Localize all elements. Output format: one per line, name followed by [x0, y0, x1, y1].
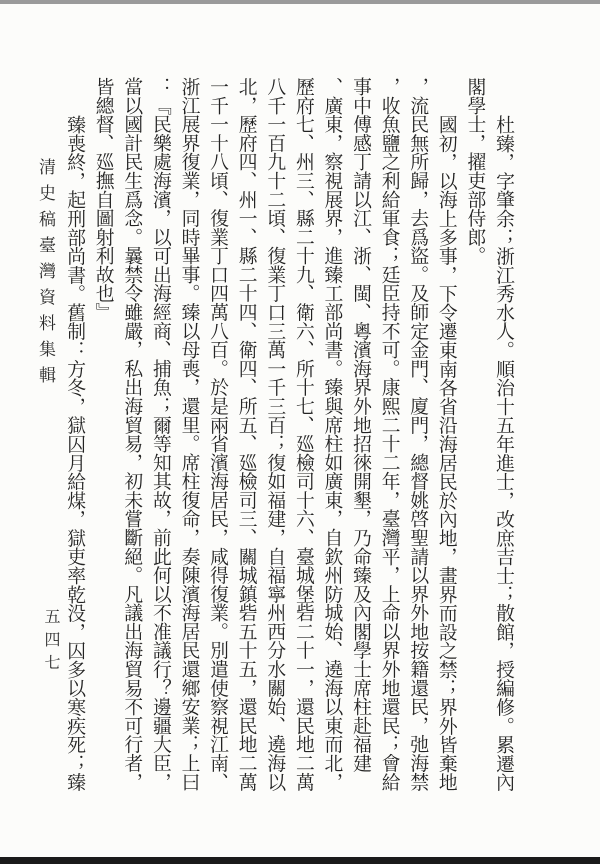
text-column: 臻喪終，起刑部尚書。舊制：方冬，獄囚月給煤，獄吏率乾没，囚多以寒疾死；臻	[60, 77, 89, 803]
scanned-page: 清史稿臺灣資料集輯 五四七 杜臻，字肇余；浙江秀水人。順治十五年進士，改庶吉士；…	[0, 0, 600, 864]
text-column: 浙江展界復業，同時畢事。臻以母喪，還里。席柱復命，奏陳濱海居民還鄉安業；上曰	[174, 77, 203, 803]
text-column: ，流民無所歸，去爲盜。及師定金門、廈門，總督姚啓聖請以界外地按籍還民，弛海禁	[403, 77, 432, 803]
book-title: 清史稿臺灣資料集輯	[33, 158, 58, 392]
text-column: 杜臻，字肇余；浙江秀水人。順治十五年進士，改庶吉士；散館，授編修。累遷內	[488, 77, 517, 803]
text-column: 八千一百九十二頃、復業丁口三萬一千三百；復如福建，自福寧州西分水關始、遶海以	[260, 77, 289, 803]
text-column: ，收魚鹽之利給軍食；廷臣持不可。康熙二十二年，臺灣平，上命以界外地還民；會給	[374, 77, 403, 803]
text-column: 、廣東，察視展界，進臻工部尚書。臻與席柱如廣東，自欽州防城始、遶海以東而北，	[317, 77, 346, 803]
scan-edge-bottom	[0, 857, 600, 864]
text-column: 歷府七、州三、縣二十九、衛六、所十七、廵檢司十六、臺城堡砦二十一，還民地二萬	[288, 77, 317, 803]
text-column: 一千一十八頃、復業丁口四萬八百。於是兩省濱海居民，咸得復業。別遣使察視江南、	[202, 77, 231, 803]
text-column: ：『民樂處海濱，以可出海經商、捕魚；爾等知其故，前此何以不准議行？邊疆大臣，	[145, 77, 174, 803]
text-column: 北，歷府四、州一、縣二十四、衛四、所五、廵檢司三、關城鎮砦五十五，還民地二萬	[231, 77, 260, 803]
text-column: 皆總督、廵撫自圖射利故也』	[88, 77, 117, 803]
text-column: 事中傅感丁請以江、浙、閩、粵濱海界外地招徠開墾，乃命臻及內閣學士席柱赴福建	[345, 77, 374, 803]
text-column: 國初，以海上多事，下令遷東南各省沿海居民於內地，畫界而設之禁；界外皆棄地	[431, 77, 460, 803]
text-body: 杜臻，字肇余；浙江秀水人。順治十五年進士，改庶吉士；散館，授編修。累遷內閣學士，…	[59, 77, 517, 803]
scan-edge-top	[0, 0, 600, 4]
text-column: 閣學士，擢吏部侍郎。	[460, 77, 489, 803]
text-column: 當以國計民生爲念。曩禁令雖嚴，私出海貿易，初未嘗斷絕。凡議出海貿易不可行者，	[117, 77, 146, 803]
